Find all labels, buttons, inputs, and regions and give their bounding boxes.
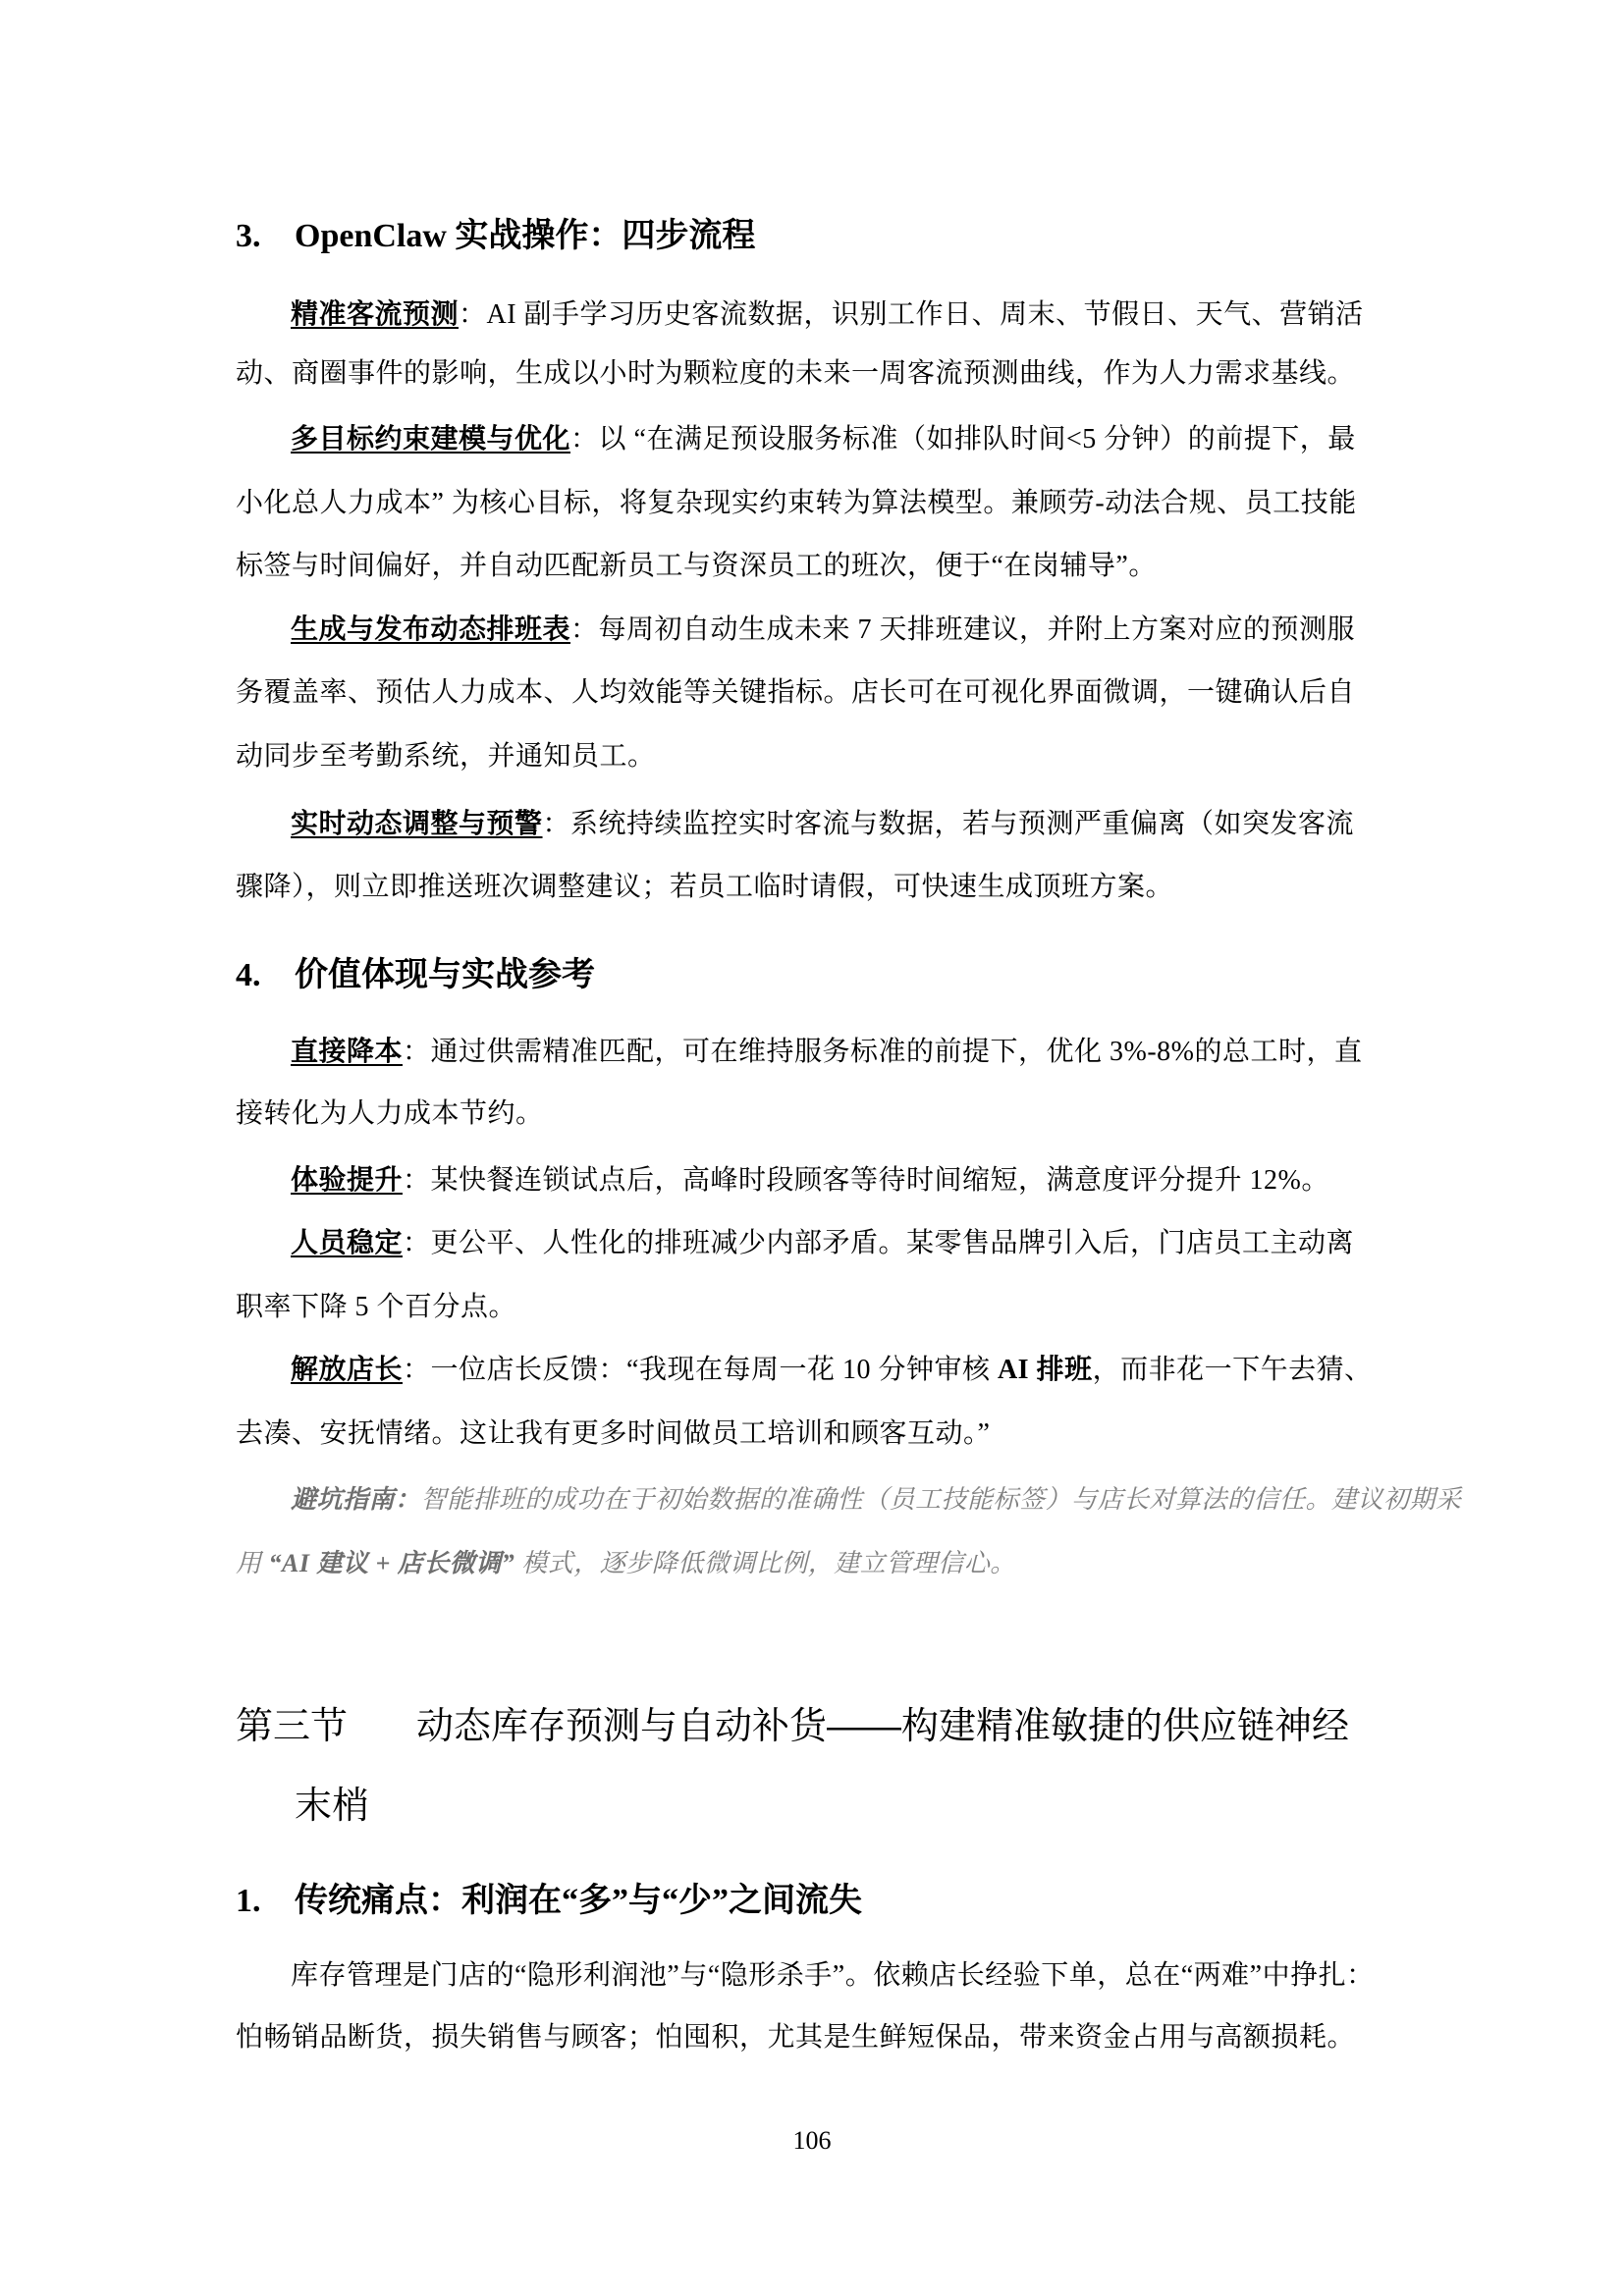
section-title-line-1: 第三节动态库存预测与自动补货——构建精准敏捷的供应链神经 bbox=[236, 1695, 1349, 1749]
tip-text: 用 bbox=[236, 1549, 269, 1577]
paragraph-line-1: 库存管理是门店的“隐形利润池”与“隐形杀手”。依赖店长经验下单，总在“两难”中挣… bbox=[291, 1953, 1375, 1993]
value-2-line-1: 体验提升：某快餐连锁试点后，高峰时段顾客等待时间缩短，满意度评分提升 12%。 bbox=[291, 1158, 1329, 1198]
step-text: ：每周初自动生成未来 7 天排班建议，并附上方案对应的预测服 bbox=[570, 614, 1355, 645]
heading-text: 传统痛点：利润在“多”与“少”之间流失 bbox=[295, 1883, 862, 1919]
value-3-line-2: 职率下降 5 个百分点。 bbox=[236, 1285, 516, 1324]
step-label: 实时动态调整与预警 bbox=[291, 809, 543, 839]
tip-label: 避坑指南： bbox=[291, 1485, 421, 1514]
paragraph-line-2: 怕畅销品断货，损失销售与顾客；怕囤积，尤其是生鲜短保品，带来资金占用与高额损耗。 bbox=[236, 2015, 1355, 2055]
step-3-line-3: 动同步至考勤系统，并通知员工。 bbox=[236, 734, 656, 774]
heading-number: 1. bbox=[236, 1883, 295, 1920]
pitfall-tip-line-2: 用 “AI 建议 + 店长微调” 模式，逐步降低微调比例，建立管理信心。 bbox=[236, 1543, 1016, 1579]
step-4-line-1: 实时动态调整与预警：系统持续监控实时客流与数据，若与预测严重偏离（如突发客流 bbox=[291, 802, 1354, 841]
step-text: ：AI 副手学习历史客流数据，识别工作日、周末、节假日、天气、营销活 bbox=[459, 299, 1364, 330]
value-4-line-1: 解放店长：一位店长反馈：“我现在每周一花 10 分钟审核 AI 排班，而非花一下… bbox=[291, 1348, 1373, 1387]
step-4-line-2: 骤降），则立即推送班次调整建议；若员工临时请假，可快速生成顶班方案。 bbox=[236, 865, 1173, 904]
tip-text: 模式，逐步降低微调比例，建立管理信心。 bbox=[514, 1549, 1016, 1577]
value-text: ：某快餐连锁试点后，高峰时段顾客等待时间缩短，满意度评分提升 12%。 bbox=[403, 1165, 1329, 1196]
value-label: 直接降本 bbox=[291, 1037, 403, 1067]
step-2-line-3: 标签与时间偏好，并自动匹配新员工与资深员工的班次，便于“在岗辅导”。 bbox=[236, 544, 1157, 583]
heading-number: 3. bbox=[236, 218, 295, 255]
value-text: ：一位店长反馈：“我现在每周一花 10 分钟审核 bbox=[403, 1355, 998, 1385]
heading-text: OpenClaw 实战操作：四步流程 bbox=[295, 218, 755, 254]
value-label: 体验提升 bbox=[291, 1165, 403, 1196]
heading-value-reference: 4.价值体现与实战参考 bbox=[236, 947, 595, 995]
value-bold-text: AI 排班 bbox=[998, 1355, 1093, 1385]
step-label: 多目标约束建模与优化 bbox=[291, 424, 570, 454]
value-text: ：通过供需精准匹配，可在维持服务标准的前提下，优化 3%-8%的总工时，直 bbox=[403, 1037, 1362, 1067]
value-1-line-2: 接转化为人力成本节约。 bbox=[236, 1092, 544, 1131]
tip-text: 智能排班的成功在于初始数据的准确性（员工技能标签）与店长对算法的信任。建议初期采 bbox=[421, 1485, 1462, 1514]
section-title: 动态库存预测与自动补货——构建精准敏捷的供应链神经 bbox=[416, 1706, 1349, 1747]
step-1-line-2: 动、商圈事件的影响，生成以小时为颗粒度的未来一周客流预测曲线，作为人力需求基线。 bbox=[236, 351, 1355, 391]
step-2-line-2: 小化总人力成本” 为核心目标，将复杂现实约束转为算法模型。兼顾劳-动法合规、员工… bbox=[236, 481, 1357, 520]
value-label: 解放店长 bbox=[291, 1355, 403, 1385]
step-2-line-1: 多目标约束建模与优化：以 “在满足预设服务标准（如排队时间<5 分钟）的前提下，… bbox=[291, 417, 1356, 456]
step-label: 生成与发布动态排班表 bbox=[291, 614, 570, 645]
section-prefix: 第三节 bbox=[236, 1706, 348, 1747]
pitfall-tip-line-1: 避坑指南：智能排班的成功在于初始数据的准确性（员工技能标签）与店长对算法的信任。… bbox=[291, 1479, 1462, 1516]
value-label: 人员稳定 bbox=[291, 1228, 403, 1258]
heading-traditional-pain-points: 1.传统痛点：利润在“多”与“少”之间流失 bbox=[236, 1873, 862, 1921]
step-text: ：系统持续监控实时客流与数据，若与预测严重偏离（如突发客流 bbox=[543, 809, 1355, 839]
step-3-line-1: 生成与发布动态排班表：每周初自动生成未来 7 天排班建议，并附上方案对应的预测服 bbox=[291, 608, 1355, 647]
value-1-line-1: 直接降本：通过供需精准匹配，可在维持服务标准的前提下，优化 3%-8%的总工时，… bbox=[291, 1030, 1363, 1069]
section-title-line-2: 末梢 bbox=[295, 1775, 369, 1829]
step-3-line-2: 务覆盖率、预估人力成本、人均效能等关键指标。店长可在可视化界面微调，一键确认后自 bbox=[236, 670, 1355, 710]
value-4-line-2: 去凑、安抚情绪。这让我有更多时间做员工培训和顾客互动。” bbox=[236, 1412, 990, 1451]
tip-bold-text: “AI 建议 + 店长微调” bbox=[269, 1549, 515, 1577]
heading-text: 价值体现与实战参考 bbox=[295, 957, 595, 993]
heading-openclaw-steps: 3.OpenClaw 实战操作：四步流程 bbox=[236, 208, 755, 256]
value-text: ：更公平、人性化的排班减少内部矛盾。某零售品牌引入后，门店员工主动离 bbox=[403, 1228, 1354, 1258]
value-3-line-1: 人员稳定：更公平、人性化的排班减少内部矛盾。某零售品牌引入后，门店员工主动离 bbox=[291, 1221, 1354, 1260]
value-text: ，而非花一下午去猜、 bbox=[1093, 1355, 1373, 1385]
document-page: 3.OpenClaw 实战操作：四步流程 精准客流预测：AI 副手学习历史客流数… bbox=[0, 0, 1624, 2296]
step-text: ：以 “在满足预设服务标准（如排队时间<5 分钟）的前提下，最 bbox=[570, 424, 1356, 454]
step-label: 精准客流预测 bbox=[291, 299, 459, 330]
step-1-line-1: 精准客流预测：AI 副手学习历史客流数据，识别工作日、周末、节假日、天气、营销活 bbox=[291, 293, 1364, 332]
page-number: 106 bbox=[0, 2126, 1624, 2156]
heading-number: 4. bbox=[236, 957, 295, 994]
